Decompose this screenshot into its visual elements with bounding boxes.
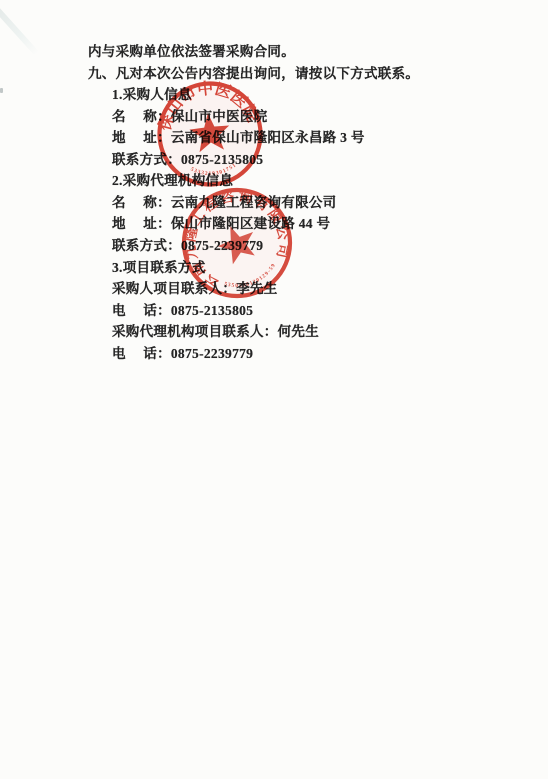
text-line: 地 址：保山市隆阳区建设路 44 号: [112, 217, 330, 231]
text-line: 联系方式：0875-2239779: [112, 239, 263, 253]
text-line: 电 话：0875-2239779: [112, 347, 253, 361]
text-line: 3.项目联系方式: [112, 261, 206, 275]
seal-ring-text: 云南九隆工程咨询有限公司: [165, 171, 303, 298]
text-line: 1.采购人信息: [112, 88, 192, 102]
text-line: 内与采购单位依法签署采购合同。: [88, 45, 295, 59]
text-line: 名 称：云南九隆工程咨询有限公司: [112, 196, 336, 210]
text-line: 联系方式：0875-2135805: [112, 153, 263, 167]
document-page: 内与采购单位依法签署采购合同。九、凡对本次公告内容提出询问，请按以下方式联系。1…: [0, 0, 548, 779]
text-line: 采购代理机构项目联系人：何先生: [112, 325, 319, 339]
scan-artifact-corner: [0, 0, 39, 56]
text-line: 电 话：0875-2135805: [112, 304, 253, 318]
scan-artifact-speck: [0, 88, 3, 93]
text-line: 2.采购代理机构信息: [112, 174, 233, 188]
seal-ring-text: 保山市中医医院: [150, 75, 263, 135]
text-line: 采购人项目联系人：李先生: [112, 282, 278, 296]
text-line: 地 址：云南省保山市隆阳区永昌路 3 号: [112, 131, 365, 145]
text-line: 名 称：保山市中医医院: [112, 110, 267, 124]
text-line: 九、凡对本次公告内容提出询问，请按以下方式联系。: [88, 67, 419, 81]
